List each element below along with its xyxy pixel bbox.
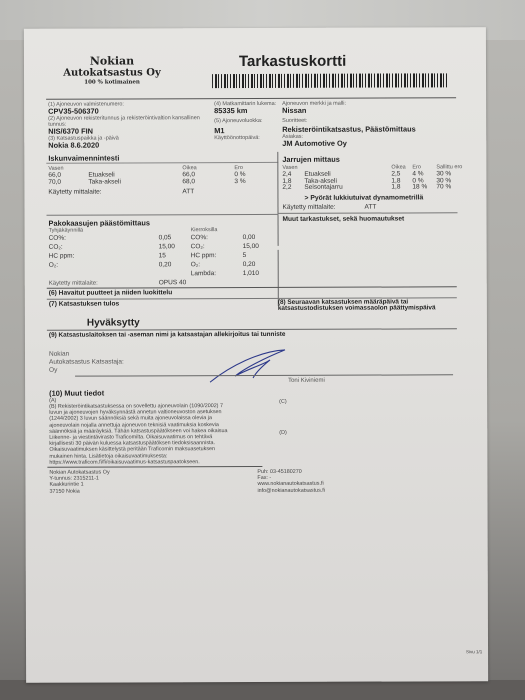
performed-label: Suoritteet: [282, 117, 416, 123]
table-cell: 1,010 [243, 270, 259, 278]
table-cell: Taka-akseli [88, 178, 121, 186]
company-name-line2: Autokatsastus Oy [32, 67, 192, 79]
column-divider [277, 152, 278, 246]
table-cell: CO₂: [49, 244, 63, 252]
table-cell: O₂: [191, 261, 200, 269]
result-title: (7) Katsastuksen tulos [49, 300, 119, 307]
table-cell: Lambda: [191, 270, 216, 278]
footer-line: info@nokianautokatsastus.fi [257, 487, 325, 493]
footer-line: www.nokianautokatsastus.fi [257, 481, 325, 487]
result-value: Hyväksytty [87, 317, 140, 328]
class-label: (5) Ajoneuvoluokka: [214, 118, 276, 124]
place-value: Nokia 8.6.2020 [48, 141, 218, 150]
class-value: M1 [214, 127, 276, 135]
table-cell: HC ppm: [191, 252, 217, 260]
table-cell: 0,20 [159, 261, 172, 269]
shock-test-title: Iskunvaimennintesti [48, 153, 119, 162]
table-cell: 70,0 [48, 178, 61, 186]
table-cell: 18 % [412, 183, 427, 191]
customer-value: JM Automotive Oy [282, 139, 416, 147]
table-cell: 15,00 [243, 243, 259, 251]
station-line: Nokian [49, 350, 124, 358]
divider [47, 466, 262, 468]
brake-device-label: Käytetty mittalaite: [282, 204, 335, 212]
table-cell: 1,8 [391, 183, 400, 191]
next-inspection-title: (8) Seuraavan katsastuksen määräpäivä ta… [278, 299, 436, 312]
brake-note: > Pyörät lukkiutuivat dynamometrillä [304, 194, 423, 201]
table-cell: CO₂: [191, 243, 205, 251]
other-info-line: Oikaisuvaatimuksen käsittelystä peritään… [49, 447, 227, 454]
vehicle-identification: (1) Ajoneuvon valmistenumero: CPV35-5063… [48, 101, 218, 150]
divider [46, 162, 278, 164]
other-info-title: (10) Muut tiedot [49, 389, 104, 398]
other-info-d: (D) [279, 430, 287, 436]
table-cell: 5 [243, 252, 247, 260]
barcode [212, 73, 447, 88]
station-name: NokianAutokatsastus Katsastaja:Oy [49, 350, 124, 374]
make-value: Nissan [282, 106, 416, 114]
table-cell: 70 % [436, 183, 451, 191]
divider [47, 286, 457, 288]
table-cell: 0,20 [243, 261, 256, 269]
table-cell: 0,05 [159, 234, 172, 242]
emissions-title: Pakokaasujen päästömittaus [49, 218, 150, 227]
divider [46, 97, 456, 99]
vehicle-odometer-class: (4) Matkamittarin lukema: 85335 km (5) A… [214, 101, 276, 141]
footer-line: 37150 Nokia [49, 488, 109, 494]
table-cell: CO%: [49, 235, 66, 243]
table-cell: 3 % [234, 178, 245, 186]
table-cell: 15,00 [159, 243, 175, 251]
table-cell: 0,00 [243, 234, 256, 242]
other-checks-title: Muut tarkastukset, sekä huomautukset [283, 215, 405, 222]
brake-device-value: ATT [364, 204, 376, 212]
divider [47, 214, 279, 216]
idle-label: Tyhjäkäynnillä [49, 228, 84, 234]
table-cell: 15 [159, 252, 166, 260]
inspection-card-document: Nokian Autokatsastus Oy 100 % kotimainen… [24, 27, 488, 683]
shock-device-value: ATT [182, 188, 194, 196]
signature-title: (9) Katsastuslaitoksen tai -aseman nimi … [49, 331, 286, 339]
document-title: Tarkastuskortti [239, 53, 346, 70]
signature-scribble [205, 346, 295, 386]
table-cell: CO%: [191, 234, 208, 242]
brake-test-title: Jarrujen mittaus [282, 155, 340, 164]
other-info-line: https://www.traficom.fi/fi/oikaisuvaatim… [49, 459, 227, 466]
next-inspection-line2: katsastustodistuksen voimassaolon päätty… [278, 305, 436, 312]
company-logo: Nokian Autokatsastus Oy 100 % kotimainen [32, 54, 192, 86]
defects-title: (6) Havaitut puutteet ja niiden luokitte… [49, 289, 172, 296]
company-tagline: 100 % kotimainen [32, 79, 192, 86]
station-line: Oy [49, 366, 124, 374]
shock-device-label: Käytetty mittalaite: [48, 189, 101, 197]
table-cell: Seisontajarru [304, 184, 342, 192]
background-floor [0, 680, 525, 700]
divider [278, 212, 458, 214]
table-cell: HC ppm: [49, 253, 75, 261]
table-cell: O₂: [49, 262, 58, 270]
inspector-name: Toni Kiviniemi [288, 378, 325, 384]
performed-value: Rekisteröintikatsastus, Päästömittaus [282, 125, 416, 133]
station-line: Autokatsastus Katsastaja: [49, 358, 124, 366]
footer-contact: Puh: 03-45180270Fax: -www.nokianautokats… [257, 469, 325, 494]
odometer-value: 85335 km [214, 107, 276, 115]
rpm-label: Kierroksilla [191, 227, 218, 233]
footer-company: Nokian Autokatsastus OyY-tunnus: 2315211… [49, 470, 109, 495]
table-cell: 68,0 [182, 178, 195, 186]
commission-date-label: Käyttöönottopäivä: [214, 135, 276, 141]
table-cell: 2,2 [282, 184, 291, 192]
other-info-b: (B) Rekisteröintikatsastuksessa on sovel… [49, 403, 227, 466]
vehicle-make-customer: Ajoneuvon merkki ja malli: Nissan Suorit… [282, 100, 416, 147]
page-number: Sivu 1/1 [466, 649, 482, 655]
other-info-c: (C) [279, 399, 287, 405]
company-name-line1: Nokian [32, 54, 192, 68]
emissions-device-label: Käytetty mittalaite: [49, 281, 98, 287]
